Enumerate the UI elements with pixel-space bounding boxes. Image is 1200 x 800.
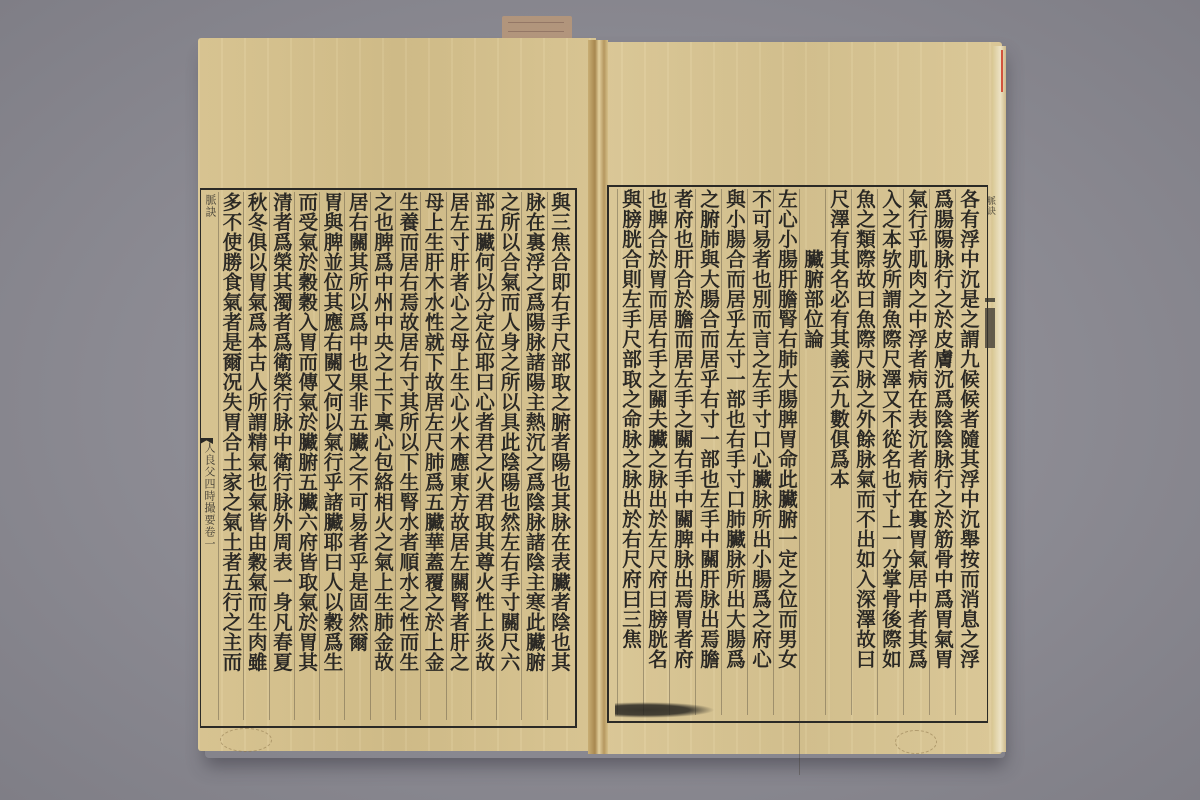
page-stack-edge bbox=[992, 46, 1006, 752]
text-column: 清者爲榮其濁者爲衛榮行脉中衛行脉外周表一身凡春夏 bbox=[269, 192, 294, 720]
text-column: 爲腸陽脉行之於皮膚沉爲陰陰脉行之於筋骨中爲胃氣胃 bbox=[929, 189, 955, 715]
worm-damage-left bbox=[220, 728, 272, 752]
text-column: 胃與脾並位其應右關又何以氣行乎諸臟耶曰人以穀爲生 bbox=[319, 192, 344, 720]
label-tag-lines bbox=[508, 22, 564, 32]
text-column: 魚之類際故曰魚際尺脉之外餘脉氣而不出如入深澤故曰 bbox=[851, 189, 877, 715]
open-book: 脈訣 人良父四時撮要卷一 與三焦合即右手尺部取之腑者陽也其脉在表臟者陰也其 脉在… bbox=[0, 0, 1200, 800]
text-column: 左心小腸肝膽腎右肺大腸脾胃命此臟腑一定之位而男女 bbox=[773, 189, 799, 715]
text-column: 氣行乎肌肉之中浮者病在表沉者病在裏胃氣居中者其爲 bbox=[903, 189, 929, 715]
right-margin-title: 脈訣 bbox=[984, 196, 997, 216]
text-column: 母上生肝木水性就下故居左尺肺爲五臟華蓋覆之於上金 bbox=[420, 192, 445, 720]
text-column: 也脾合於胃而居右手之關夫臟之脉出於左尺府曰膀胱名 bbox=[643, 189, 669, 715]
text-column: 部五臟何以分定位耶曰心者君之火君取其尊火性上炎故 bbox=[471, 192, 496, 720]
text-column: 入之本欤所謂魚際尺澤又不從名也寸上一分掌骨後際如 bbox=[877, 189, 903, 715]
text-column: 者府也肝合於膽而居左手之關右手中關脾脉出焉胃者府 bbox=[669, 189, 695, 715]
text-column: 之所以合氣而人身之所以具此陰陽也然左右手寸關尺六 bbox=[496, 192, 521, 720]
book-gutter-fold bbox=[588, 40, 608, 754]
text-column: 與三焦合即右手尺部取之腑者陽也其脉在表臟者陰也其 bbox=[547, 192, 572, 720]
section-title: 臟腑部位論 bbox=[799, 189, 825, 775]
text-column: 不可易者也別而言之左手寸口心臟脉所出小腸爲之府心 bbox=[747, 189, 773, 715]
right-page-text-columns: 各有浮中沉是之謂九候候者隨其浮中沉舉按而消息之浮 爲腸陽脉行之於皮膚沉爲陰陰脉行… bbox=[609, 189, 981, 715]
red-edge-mark bbox=[1001, 50, 1003, 92]
text-column: 多不使勝食氣者是爾况失胃合土家之氣土者五行之主而 bbox=[218, 192, 243, 720]
left-margin-volume-label: 人良父四時撮要卷一 bbox=[201, 442, 217, 550]
ink-blot-stain bbox=[615, 702, 715, 718]
text-column: 與膀胱合則左手尺部取之命脉之脉出於右尺府曰三焦 bbox=[617, 189, 643, 715]
text-column: 之腑肺與大腸合而居乎右寸一部也左手中關肝脉出焉膽 bbox=[695, 189, 721, 715]
left-margin-title: 脈訣 bbox=[202, 194, 218, 218]
text-column: 尺澤有其名必有其義云九數俱爲本 bbox=[825, 189, 851, 715]
left-page-text-columns: 與三焦合即右手尺部取之腑者陽也其脉在表臟者陰也其 脉在裏浮之爲陽脉諸陽主熱沉之爲… bbox=[218, 192, 572, 720]
text-column: 居左寸肝者心之母上生心火木應東方故居左關腎者肝之 bbox=[446, 192, 471, 720]
text-column: 居右關其所以爲中也果非五臟之不可易者乎是固然爾 bbox=[344, 192, 369, 720]
worm-damage-right bbox=[895, 730, 937, 754]
text-column: 而受氣於穀穀入胃而傳氣於臟腑五臟六府皆取氣於胃其 bbox=[294, 192, 319, 720]
text-column: 各有浮中沉是之謂九候候者隨其浮中沉舉按而消息之浮 bbox=[955, 189, 981, 715]
text-column: 生養而居右焉故居右寸其所以下生腎水者順水之性而生 bbox=[395, 192, 420, 720]
text-column: 之也脾爲中州中央之土下稟心包絡相火之氣上生肺金故 bbox=[370, 192, 395, 720]
fish-tail-mark-icon bbox=[985, 298, 995, 348]
text-column: 秋冬俱以胃氣爲本古人所謂精氣也氣皆由穀氣而生肉雖 bbox=[243, 192, 268, 720]
text-column: 脉在裏浮之爲陽脉諸陽主熱沉之爲陰脉諸陰主寒此臟腑 bbox=[521, 192, 546, 720]
text-column: 與小腸合而居乎左寸一部也右手寸口肺臟脉所出大腸爲 bbox=[721, 189, 747, 715]
